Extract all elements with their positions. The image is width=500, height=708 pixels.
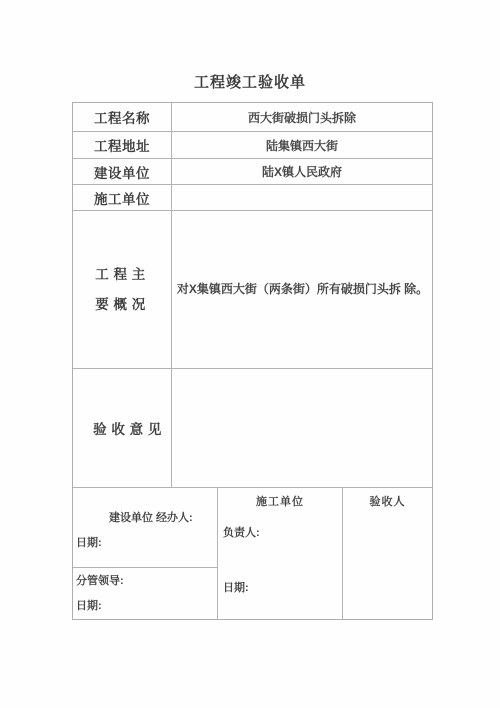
- acceptance-opinion-value: [172, 369, 432, 487]
- project-overview-value: 对X集镇西大街（两条街）所有破损门头拆 除。: [172, 211, 432, 368]
- builder-agent-cell: 建设单位 经办人: 日期:: [73, 488, 217, 568]
- table-row-contractor: 施工单位: [73, 185, 432, 211]
- project-name-label: 工程名称: [73, 103, 172, 131]
- contractor-date-label: 日期:: [218, 581, 342, 595]
- contractor-signature-header: 施工单位: [218, 495, 342, 509]
- builder-signature-column: 建设单位 经办人: 日期: 分管领导: 日期:: [73, 488, 218, 619]
- builder-agent-label: 建设单位 经办人:: [73, 511, 217, 525]
- acceptance-form-table: 工程名称 西大街破损门头拆除 工程地址 陆集镇西大街 建设单位 陆X镇人民政府 …: [72, 102, 433, 620]
- table-row-construction-owner: 建设单位 陆X镇人民政府: [73, 159, 432, 185]
- leader-label: 分管领导:: [73, 574, 217, 588]
- leader-date-label: 日期:: [73, 599, 217, 613]
- inspector-signature-cell: 验收人: [343, 488, 432, 619]
- table-row-project-address: 工程地址 陆集镇西大街: [73, 132, 432, 159]
- contractor-value: [172, 185, 432, 210]
- scanned-form-page: 工程竣工验收单 工程名称 西大街破损门头拆除 工程地址 陆集镇西大街 建设单位 …: [0, 0, 500, 708]
- form-title: 工程竣工验收单: [0, 71, 500, 92]
- contractor-responsible-label: 负责人:: [218, 526, 342, 540]
- table-row-acceptance-opinion: 验 收 意 见: [73, 369, 432, 488]
- table-row-project-name: 工程名称 西大街破损门头拆除: [73, 103, 432, 132]
- leader-cell: 分管领导: 日期:: [73, 568, 217, 619]
- contractor-label: 施工单位: [73, 185, 172, 210]
- signature-section: 建设单位 经办人: 日期: 分管领导: 日期: 施工单位 负责人: 日期: 验收…: [73, 488, 432, 619]
- project-name-value: 西大街破损门头拆除: [172, 103, 432, 131]
- inspector-header: 验收人: [343, 495, 432, 509]
- construction-owner-label: 建设单位: [73, 159, 172, 184]
- project-address-label: 工程地址: [73, 132, 172, 158]
- builder-agent-date-label: 日期:: [73, 536, 217, 550]
- contractor-signature-cell: 施工单位 负责人: 日期:: [218, 488, 343, 619]
- table-row-project-overview: 工 程 主 要 概 况 对X集镇西大街（两条街）所有破损门头拆 除。: [73, 211, 432, 369]
- project-address-value: 陆集镇西大街: [172, 132, 432, 158]
- acceptance-opinion-label: 验 收 意 见: [73, 369, 172, 487]
- project-overview-label: 工 程 主 要 概 况: [73, 211, 172, 368]
- construction-owner-value: 陆X镇人民政府: [172, 159, 432, 184]
